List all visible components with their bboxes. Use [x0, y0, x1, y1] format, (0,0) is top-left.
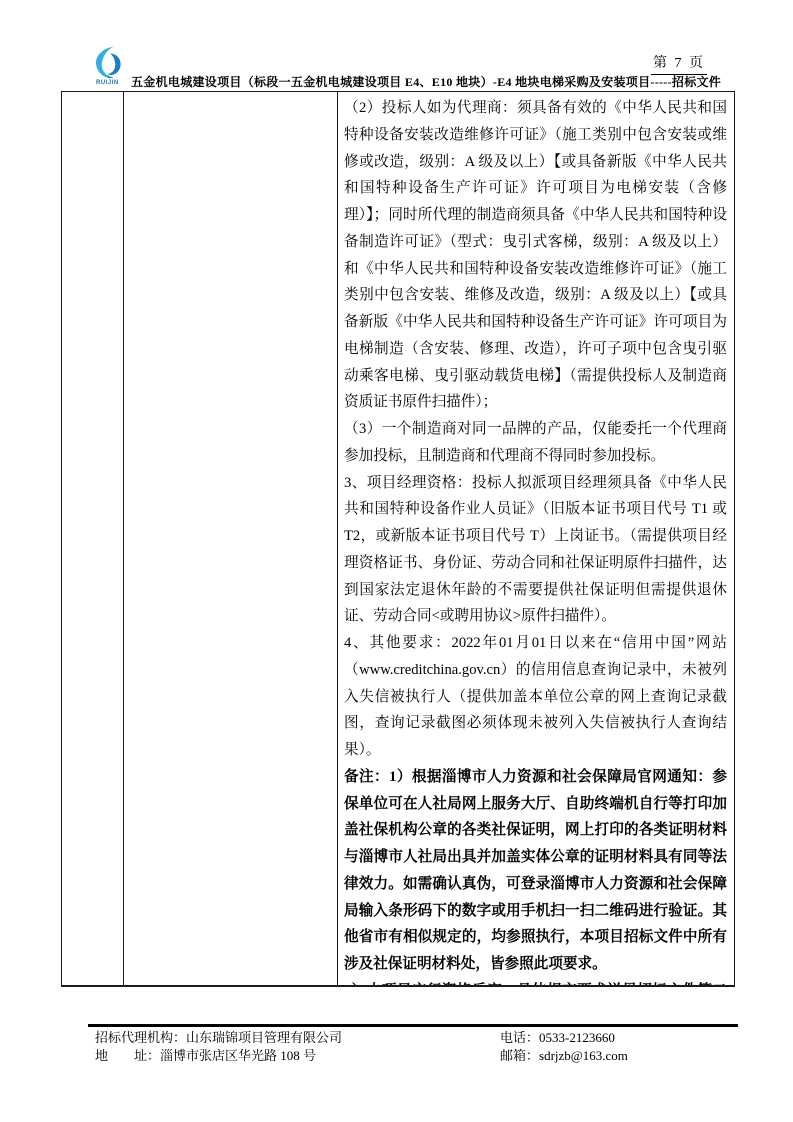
footer-contact-block: 电话：0533-2123660 邮箱：sdrjzb@163.com [500, 1029, 628, 1064]
footer-email-line: 邮箱：sdrjzb@163.com [500, 1047, 628, 1065]
document-header-title: 五金机电城建设项目（标段一五金机电城建设项目 E4、E10 地块）-E4 地块电… [131, 73, 741, 90]
logo-caption: RUIJIN [96, 80, 119, 86]
requirements-table: （2）投标人如为代理商：须具备有效的《中华人民共和国特种设备安装改造维修许可证》… [61, 91, 735, 987]
footer-phone-line: 电话：0533-2123660 [500, 1029, 628, 1047]
footer-divider [88, 1024, 738, 1027]
company-logo-icon [92, 45, 128, 81]
agency-label: 招标代理机构： [95, 1030, 186, 1045]
document-page: RUIJIN 五金机电城建设项目（标段一五金机电城建设项目 E4、E10 地块）… [0, 0, 793, 1122]
table-cell-requirements-text: （2）投标人如为代理商：须具备有效的《中华人民共和国特种设备安装改造维修许可证》… [338, 92, 734, 985]
paragraph: 3、项目经理资格：投标人拟派项目经理须具备《中华人民共和国特种设备作业人员证》（… [344, 470, 727, 631]
paragraph: 备注：1）根据淄博市人力资源和社会保障局官网通知：参保单位可在人社局网上服务大厅… [344, 764, 727, 978]
table-cell-empty-middle [124, 92, 337, 985]
paragraph: （3）一个制造商对同一品牌的产品，仅能委托一个代理商参加投标，且制造商和代理商不… [344, 416, 727, 470]
agency-value: 山东瑞锦项目管理有限公司 [186, 1030, 342, 1045]
address-value: 淄博市张店区华光路 108 号 [160, 1048, 316, 1063]
table-cell-empty-left [62, 92, 123, 985]
paragraph: （2）投标人如为代理商：须具备有效的《中华人民共和国特种设备安装改造维修许可证》… [344, 95, 727, 416]
paragraph: 4、其他要求：2022年01月01日以来在“信用中国”网站（www.credit… [344, 630, 727, 764]
email-label: 邮箱： [500, 1048, 539, 1063]
footer-agency-line: 招标代理机构：山东瑞锦项目管理有限公司 [95, 1029, 342, 1047]
paragraph: 2）本项目实行资格后审，具体提交要求详见招标文件第二章5.1.2。 [344, 978, 727, 985]
email-value: sdrjzb@163.com [539, 1048, 628, 1063]
address-label: 地 址： [95, 1048, 160, 1063]
phone-value: 0533-2123660 [539, 1030, 615, 1045]
table-column-divider [123, 92, 124, 985]
footer-address-line: 地 址：淄博市张店区华光路 108 号 [95, 1047, 342, 1065]
phone-label: 电话： [500, 1030, 539, 1045]
footer-agency-block: 招标代理机构：山东瑞锦项目管理有限公司 地 址：淄博市张店区华光路 108 号 [95, 1029, 342, 1064]
page-number: 第 7 页 [651, 52, 707, 75]
